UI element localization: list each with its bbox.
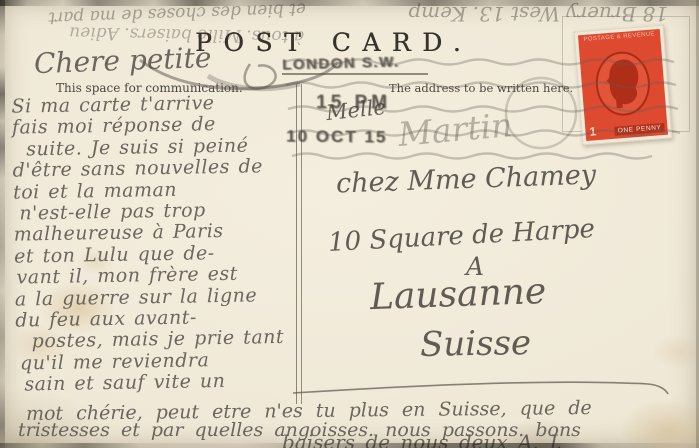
- stamp-body: POSTAGE & REVENUE 1 ONE PENNY: [578, 29, 668, 141]
- postmark-time: 15 PM: [316, 92, 391, 114]
- postcard-title: POST CARD.: [195, 28, 472, 57]
- postmark-date: 10 OCT 15: [286, 127, 387, 148]
- stamp-top-label: POSTAGE & REVENUE: [578, 31, 660, 43]
- salutation: Chere petite: [33, 41, 211, 80]
- king-george-portrait-icon: [591, 46, 654, 120]
- postmark-office: LONDON S.W.: [282, 53, 400, 73]
- message-line: sain et sauf vite un: [24, 370, 316, 396]
- address-country: Suisse: [420, 323, 532, 365]
- scan-edge-left: [0, 0, 5, 448]
- address-name: Martin: [397, 105, 514, 154]
- stamp-numeral: 1: [589, 124, 597, 138]
- address-city: Lausanne: [369, 271, 546, 318]
- message-body: Si ma carte t'arrive fais moi réponse de…: [11, 91, 316, 396]
- pen-rule-stroke: [293, 382, 668, 394]
- address-header: The address to be written here.: [389, 81, 573, 95]
- postmark-underline: [282, 73, 428, 75]
- stamp-value-label: ONE PENNY: [615, 123, 665, 136]
- message-signature-line: baisers de nous deux A. J.: [282, 430, 562, 448]
- inverted-scribble-right: 18 Bruery West 13. Kemp: [332, 2, 668, 26]
- address-street: 10 Square de Harpe: [327, 214, 595, 258]
- postcard-scan: 18 Bruery West 13. Kemp et bien des chos…: [0, 0, 699, 448]
- address-care-of: chez Mme Chamey: [336, 159, 597, 199]
- postage-stamp: POSTAGE & REVENUE 1 ONE PENNY: [574, 25, 673, 146]
